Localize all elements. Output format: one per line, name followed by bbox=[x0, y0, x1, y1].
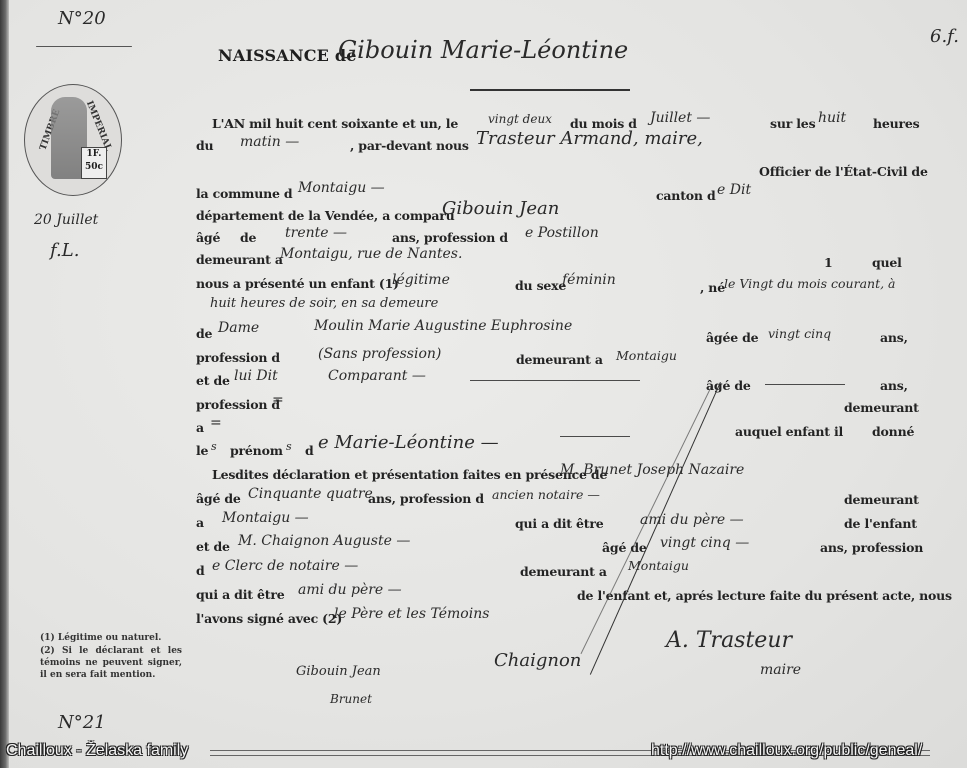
printed-text: 1 bbox=[824, 255, 833, 270]
printed-text: , par-devant nous bbox=[350, 138, 469, 153]
printed-text: d bbox=[305, 443, 314, 458]
printed-text: demeurant a bbox=[520, 564, 607, 579]
handwritten-witness1-age: Cinquante quatre bbox=[248, 486, 373, 502]
margin-initials: f.L. bbox=[50, 240, 79, 261]
handwritten-witness1-address: Montaigu — bbox=[222, 510, 309, 526]
printed-text: de l'enfant bbox=[844, 516, 917, 531]
printed-text: a bbox=[196, 420, 204, 435]
handwritten-witness1: M. Brunet Joseph Nazaire bbox=[560, 462, 744, 478]
handwritten-father-ref: lui Dit bbox=[234, 368, 278, 384]
handwritten-mother-age: vingt cinq bbox=[768, 326, 831, 341]
printed-text: ans, bbox=[880, 330, 908, 345]
handwritten-birth-time: huit heures de soir, en sa demeure bbox=[210, 296, 438, 311]
printed-text: auquel enfant il bbox=[735, 424, 843, 439]
corner-mark: 6.f. bbox=[930, 26, 959, 47]
printed-text: profession d bbox=[196, 397, 280, 412]
signature-chaignon: Chaignon bbox=[494, 650, 581, 671]
printed-text: et de bbox=[196, 539, 230, 554]
printed-text: demeurant bbox=[844, 492, 919, 507]
handwritten-blank: = bbox=[272, 392, 284, 408]
stamp-value-centimes: 50c bbox=[82, 161, 106, 174]
handwritten-given-names: e Marie-Léontine — bbox=[318, 432, 499, 453]
printed-text: âgé de bbox=[602, 540, 647, 555]
handwritten-mother-address: Montaigu bbox=[616, 348, 677, 363]
handwritten-sex: féminin bbox=[562, 272, 616, 288]
printed-text: la commune d bbox=[196, 186, 292, 201]
handwritten-canton: e Dit bbox=[717, 182, 751, 198]
blank-line bbox=[765, 384, 845, 385]
title-name: Gibouin Marie-Léontine bbox=[338, 36, 628, 64]
printed-text: et de bbox=[196, 373, 230, 388]
handwritten-witness1-profession: ancien notaire — bbox=[492, 487, 600, 502]
page-binding-edge bbox=[0, 0, 9, 768]
printed-text: demeurant a bbox=[196, 252, 283, 267]
handwritten-profession: e Postillon bbox=[525, 225, 599, 241]
printed-text: du sexe bbox=[515, 278, 566, 293]
signature-trasteur: A. Trasteur bbox=[666, 628, 792, 653]
handwritten-title: Dame bbox=[218, 320, 259, 336]
printed-text: nous a présenté un enfant (1) bbox=[196, 276, 399, 291]
blank-line bbox=[560, 436, 630, 437]
signature-gibouin: Gibouin Jean bbox=[296, 664, 381, 679]
printed-text: le bbox=[196, 443, 208, 458]
handwritten-witness2: M. Chaignon Auguste — bbox=[238, 533, 410, 549]
printed-text: département de la Vendée, a comparu bbox=[196, 208, 455, 223]
stamp-text-right: IMPERIAL bbox=[84, 100, 113, 153]
printed-text: âgé de bbox=[196, 491, 241, 506]
printed-text: Officier de l'État-Civil de bbox=[759, 164, 928, 179]
act-number-underline bbox=[36, 46, 132, 47]
handwritten-age: trente — bbox=[285, 225, 347, 241]
printed-text: ans, bbox=[880, 378, 908, 393]
title-printed: NAISSANCE de bbox=[218, 46, 357, 65]
printed-text: demeurant bbox=[844, 400, 919, 415]
handwritten-day: vingt deux bbox=[488, 112, 552, 126]
watermark-url: http://www.chailloux.org/public/geneal/ bbox=[651, 742, 922, 760]
handwritten-father-comparant: Comparant — bbox=[328, 368, 426, 384]
signature-brunet: Brunet bbox=[330, 692, 372, 706]
printed-text: âgé bbox=[196, 230, 220, 245]
handwritten-officer: Trasteur Armand, maire, bbox=[476, 128, 703, 149]
printed-text: ans, profession d bbox=[368, 491, 484, 506]
printed-text: profession d bbox=[196, 350, 280, 365]
printed-text: âgé de bbox=[706, 378, 751, 393]
stamp-value-francs: 1F. bbox=[82, 148, 106, 161]
handwritten-mother-profession: (Sans profession) bbox=[318, 346, 441, 362]
handwritten-time-of-day: matin — bbox=[240, 134, 299, 150]
printed-text: L'AN mil huit cent soixante et un, le bbox=[212, 116, 458, 131]
printed-text: Lesdites déclaration et présentation fai… bbox=[212, 467, 607, 482]
printed-text: demeurant a bbox=[516, 352, 603, 367]
printed-text: de bbox=[240, 230, 256, 245]
next-act-number: N°21 bbox=[58, 712, 106, 733]
watermark-family: Chailloux - Želaska family bbox=[6, 742, 188, 760]
printed-text: a bbox=[196, 515, 204, 530]
title-flourish bbox=[470, 89, 630, 91]
imperial-stamp: TIMBRE IMPERIAL 1F. 50c bbox=[24, 84, 122, 196]
handwritten-birth-date: le Vingt du mois courant, à bbox=[724, 276, 896, 291]
handwritten-blank: = bbox=[210, 415, 222, 431]
footnote-1: (1) Légitime ou naturel. bbox=[40, 632, 161, 644]
printed-text: ans, profession bbox=[820, 540, 923, 555]
printed-text: donné bbox=[872, 424, 914, 439]
handwritten-witness2-age: vingt cinq — bbox=[660, 535, 749, 551]
handwritten-legitimacy: légitime bbox=[392, 272, 450, 288]
printed-text: prénom bbox=[230, 443, 283, 458]
handwritten-address: Montaigu, rue de Nantes. bbox=[280, 246, 462, 262]
printed-text: qui a dit être bbox=[515, 516, 603, 531]
printed-text: ans, profession d bbox=[392, 230, 508, 245]
stamp-value: 1F. 50c bbox=[81, 147, 107, 179]
signature-maire: maire bbox=[760, 662, 801, 678]
printed-text: qui a dit être bbox=[196, 587, 284, 602]
handwritten-mother: Moulin Marie Augustine Euphrosine bbox=[314, 318, 572, 334]
printed-text: sur les bbox=[770, 116, 815, 131]
printed-text: de l'enfant et, aprés lecture faite du p… bbox=[577, 588, 952, 603]
printed-text: âgée de bbox=[706, 330, 758, 345]
printed-text: l'avons signé avec (2) bbox=[196, 611, 342, 626]
printed-text: d bbox=[196, 563, 205, 578]
document-page: N°20 6.f. NAISSANCE de Gibouin Marie-Léo… bbox=[0, 0, 967, 768]
handwritten-signers: le Père et les Témoins bbox=[334, 606, 489, 622]
handwritten-month: Juillet — bbox=[650, 110, 710, 126]
handwritten-commune: Montaigu — bbox=[298, 180, 385, 196]
blank-line bbox=[470, 380, 640, 381]
printed-text: heures bbox=[873, 116, 920, 131]
printed-text: , né bbox=[700, 280, 725, 295]
act-number: N°20 bbox=[58, 8, 106, 29]
printed-text: quel bbox=[872, 255, 902, 270]
margin-date: 20 Juillet bbox=[34, 212, 98, 228]
printed-text: du bbox=[196, 138, 213, 153]
printed-text: de bbox=[196, 326, 212, 341]
handwritten-witness2-relation: ami du père — bbox=[298, 582, 402, 598]
printed-text: canton d bbox=[656, 188, 716, 203]
footnote-2: (2) Si le déclarant et les témoins ne pe… bbox=[40, 645, 182, 681]
handwritten-plural: s bbox=[211, 440, 217, 453]
handwritten-hour: huit bbox=[818, 110, 846, 126]
handwritten-plural: s bbox=[286, 440, 292, 453]
handwritten-declarant: Gibouin Jean bbox=[442, 198, 559, 219]
handwritten-witness2-profession: e Clerc de notaire — bbox=[212, 558, 358, 574]
